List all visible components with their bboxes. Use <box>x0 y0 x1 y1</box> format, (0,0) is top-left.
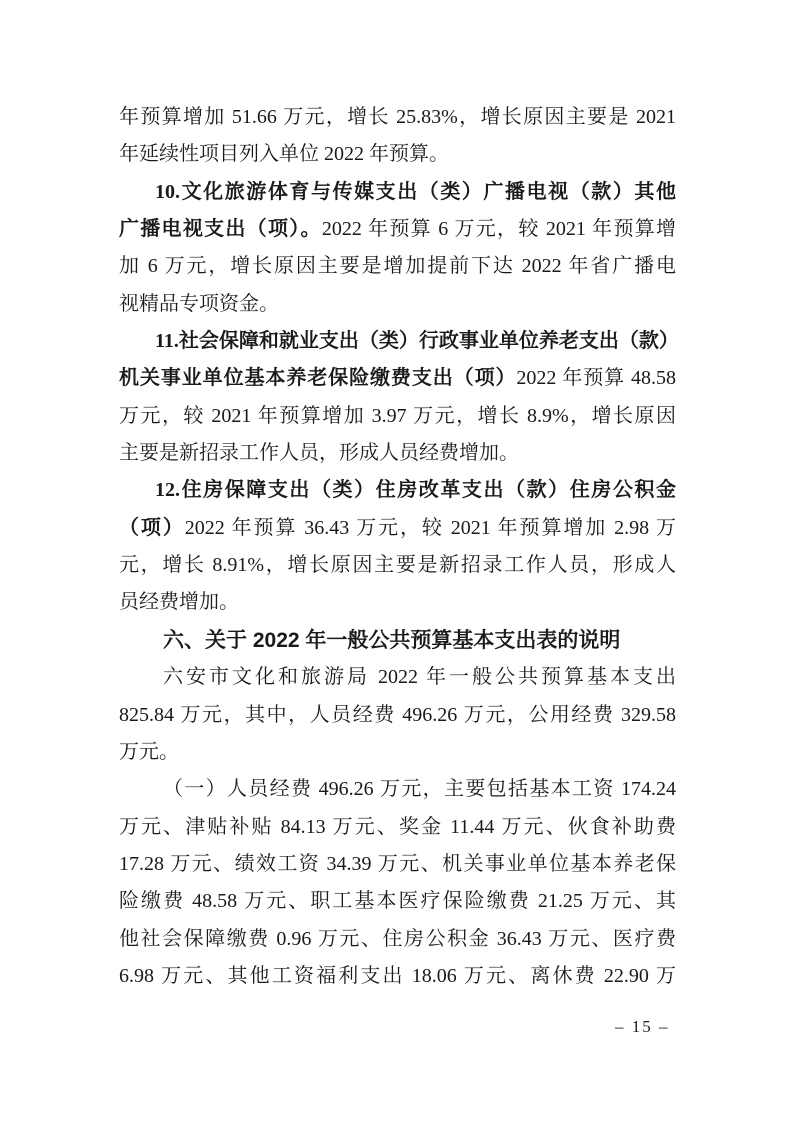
text-segment: 主要是新招录工作人员，形成人员经费增加。 <box>119 442 519 464</box>
bold-segment: 11.社会保障和就业支出（类）行政事业单位养老支出（款） <box>155 330 679 352</box>
doc-line: 10.文化旅游体育与传媒支出（类）广播电视（款）其他 <box>119 174 676 211</box>
doc-line: 12.住房保障支出（类）住房改革支出（款）住房公积金 <box>119 472 676 509</box>
doc-line: 17.28 万元、绩效工资 34.39 万元、机关事业单位基本养老保 <box>119 846 676 883</box>
doc-line: 元，增长 8.91%，增长原因主要是新招录工作人员，形成人 <box>119 547 676 584</box>
text-segment: 2022 年预算 6 万元，较 2021 年预算增 <box>322 218 676 240</box>
doc-line: （一）人员经费 496.26 万元，主要包括基本工资 174.24 <box>119 771 676 808</box>
doc-line: 机关事业单位基本养老保险缴费支出（项）2022 年预算 48.58 <box>119 360 676 397</box>
text-segment: 2022 年预算 36.43 万元，较 2021 年预算增加 2.98 万 <box>185 517 676 539</box>
text-segment: 825.84 万元，其中，人员经费 496.26 万元，公用经费 329.58 <box>119 704 676 726</box>
text-segment: 年延续性项目列入单位 2022 年预算。 <box>119 143 449 165</box>
section-heading: 六、关于 2022 年一般公共预算基本支出表的说明 <box>119 622 676 659</box>
text-segment: 险缴费 48.58 万元、职工基本医疗保险缴费 21.25 万元、其 <box>119 890 676 912</box>
doc-line: 11.社会保障和就业支出（类）行政事业单位养老支出（款） <box>119 323 676 360</box>
text-segment: 万元，较 2021 年预算增加 3.97 万元，增长 8.9%，增长原因 <box>119 405 676 427</box>
doc-line: 员经费增加。 <box>119 584 676 621</box>
text-segment: 17.28 万元、绩效工资 34.39 万元、机关事业单位基本养老保 <box>119 853 676 875</box>
doc-line: 主要是新招录工作人员，形成人员经费增加。 <box>119 435 676 472</box>
bold-segment: （项） <box>119 517 185 539</box>
doc-line: 万元，较 2021 年预算增加 3.97 万元，增长 8.9%，增长原因 <box>119 398 676 435</box>
document-page: 年预算增加 51.66 万元，增长 25.83%，增长原因主要是 2021 年延… <box>0 0 793 1122</box>
doc-line: 他社会保障缴费 0.96 万元、住房公积金 36.43 万元、医疗费 <box>119 921 676 958</box>
bold-segment: 机关事业单位基本养老保险缴费支出（项） <box>119 367 516 389</box>
doc-line: 六安市文化和旅游局 2022 年一般公共预算基本支出 <box>119 659 676 696</box>
bold-segment: 10.文化旅游体育与传媒支出（类）广播电视（款）其他 <box>155 181 676 203</box>
doc-line: 年预算增加 51.66 万元，增长 25.83%，增长原因主要是 2021 <box>119 99 676 136</box>
text-segment: 元，增长 8.91%，增长原因主要是新招录工作人员，形成人 <box>119 554 676 576</box>
text-segment: 万元。 <box>119 741 179 763</box>
text-segment: 加 6 万元，增长原因主要是增加提前下达 2022 年省广播电 <box>119 255 676 277</box>
text-segment: （一）人员经费 496.26 万元，主要包括基本工资 174.24 <box>163 778 676 800</box>
doc-line: 6.98 万元、其他工资福利支出 18.06 万元、离休费 22.90 万 <box>119 958 676 995</box>
page-number: – 15 – <box>615 1017 670 1037</box>
doc-line: 险缴费 48.58 万元、职工基本医疗保险缴费 21.25 万元、其 <box>119 883 676 920</box>
text-segment: 他社会保障缴费 0.96 万元、住房公积金 36.43 万元、医疗费 <box>119 928 676 950</box>
doc-line: 825.84 万元，其中，人员经费 496.26 万元，公用经费 329.58 <box>119 697 676 734</box>
doc-line: 加 6 万元，增长原因主要是增加提前下达 2022 年省广播电 <box>119 248 676 285</box>
doc-line: 万元。 <box>119 734 676 771</box>
text-segment: 6.98 万元、其他工资福利支出 18.06 万元、离休费 22.90 万 <box>119 965 676 987</box>
text-segment: 六安市文化和旅游局 2022 年一般公共预算基本支出 <box>163 666 676 688</box>
doc-line: 视精品专项资金。 <box>119 286 676 323</box>
text-segment: 万元、津贴补贴 84.13 万元、奖金 11.44 万元、伙食补助费 <box>119 816 676 838</box>
doc-line: （项）2022 年预算 36.43 万元，较 2021 年预算增加 2.98 万 <box>119 510 676 547</box>
doc-line: 广播电视支出（项）。2022 年预算 6 万元，较 2021 年预算增 <box>119 211 676 248</box>
text-block: 年预算增加 51.66 万元，增长 25.83%，增长原因主要是 2021 年延… <box>119 99 676 995</box>
heading-text: 六、关于 2022 年一般公共预算基本支出表的说明 <box>163 629 620 652</box>
text-segment: 员经费增加。 <box>119 591 239 613</box>
bold-segment: 广播电视支出（项）。 <box>119 218 322 240</box>
text-segment: 年预算增加 51.66 万元，增长 25.83%，增长原因主要是 2021 <box>119 106 676 128</box>
doc-line: 年延续性项目列入单位 2022 年预算。 <box>119 136 676 173</box>
text-segment: 2022 年预算 48.58 <box>516 367 676 389</box>
doc-line: 万元、津贴补贴 84.13 万元、奖金 11.44 万元、伙食补助费 <box>119 809 676 846</box>
text-segment: 视精品专项资金。 <box>119 293 279 315</box>
bold-segment: 12.住房保障支出（类）住房改革支出（款）住房公积金 <box>155 479 676 501</box>
